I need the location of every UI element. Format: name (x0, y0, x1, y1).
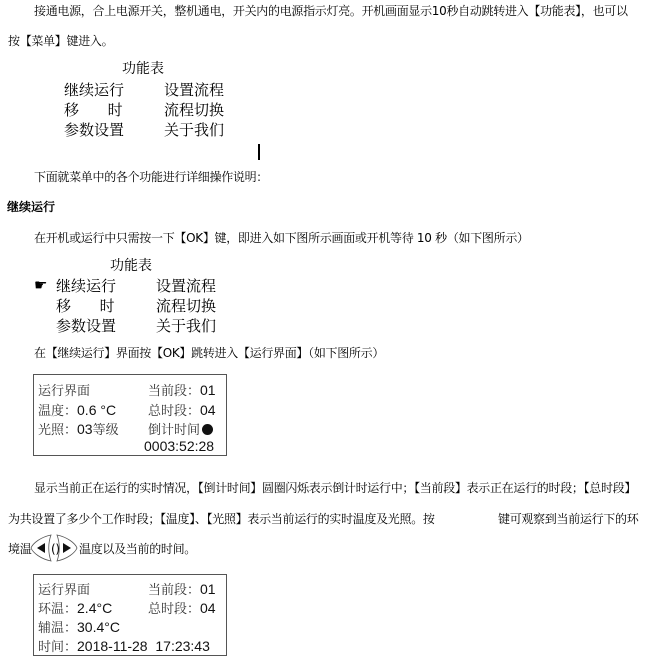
menu-item-params: 参数设置 (56, 316, 156, 336)
menu-item-continue: 继续运行 (64, 80, 164, 100)
menu-item-params: 参数设置 (64, 120, 164, 140)
menu-item-about: 关于我们 (164, 120, 274, 140)
menu-title-2: 功能表 (110, 255, 152, 275)
function-menu-figure-1: 继续运行设置流程 移 时流程切换 参数设置关于我们 (64, 80, 274, 140)
current-segment: 当前段：01 (148, 579, 216, 598)
function-menu-figure-2: 继续运行设置流程 移 时流程切换 参数设置关于我们 (56, 276, 266, 336)
paragraph-3-line-3a: 境温 (8, 542, 31, 556)
menu-item-about: 关于我们 (156, 316, 266, 336)
lcd-title: 运行界面 (38, 579, 90, 598)
intro-line-1: 接通电源，合上电源开关，整机通电，开关内的电源指示灯亮。开机画面显示10秒自动跳… (34, 4, 628, 18)
lcd-run-screen-1: 运行界面 当前段：01 温度：0.6 °C 总时段：04 光照：03等级 倒计时… (33, 374, 227, 456)
paragraph-3-line-1: 显示当前正在运行的实时情况，【倒计时间】圆圈闪烁表示倒计时运行中；【当前段】表示… (34, 481, 636, 495)
paragraph-3-line-2b: 键可观察到当前运行下的环 (498, 512, 638, 526)
current-segment: 当前段：01 (148, 380, 216, 399)
text-cursor (258, 144, 260, 160)
menu-item-continue: 继续运行 (56, 276, 156, 296)
countdown-label: 倒计时间 (148, 419, 213, 438)
section-heading: 继续运行 (7, 200, 55, 214)
lcd-title: 运行界面 (38, 380, 90, 399)
menu-item-switch-flow: 流程切换 (164, 100, 274, 120)
paragraph-3-line-3b: 温度以及当前的时间。 (79, 542, 196, 556)
menu-item-shift-time: 移 时 (64, 100, 164, 120)
paragraph-3-line-2a: 为共设置了多少个工作时段；【温度】、【光照】表示当前运行的实时温度及光照。按 (8, 512, 435, 526)
light-level: 光照：03等级 (38, 419, 119, 438)
explain-line: 下面就菜单中的各个功能进行详细操作说明： (34, 170, 268, 184)
menu-item-switch-flow: 流程切换 (156, 296, 266, 316)
section-paragraph: 在开机或运行中只需按一下【OK】键，即进入如下图所示画面或开机等待 10 秒（如… (34, 231, 529, 245)
menu-title: 功能表 (122, 58, 164, 78)
current-time: 时间：2018-11-28 17:23:43 (38, 636, 210, 655)
hand-pointer-icon: ☛ (34, 276, 47, 294)
menu-item-shift-time: 移 时 (56, 296, 156, 316)
total-segments: 总时段：04 (148, 400, 216, 419)
paragraph-2: 在【继续运行】界面按【OK】跳转进入【运行界面】（如下图所示） (34, 346, 384, 360)
temperature: 温度：0.6 °C (38, 400, 116, 419)
countdown-value: 0003:52:28 (144, 438, 214, 454)
menu-item-set-flow: 设置流程 (164, 80, 274, 100)
menu-item-set-flow: 设置流程 (156, 276, 266, 296)
lcd-run-screen-2: 运行界面 当前段：01 环温：2.4°C 总时段：04 辅温：30.4°C 时间… (33, 574, 227, 656)
intro-line-2: 按【菜单】键进入。 (8, 34, 113, 48)
right-arrow-key-icon (55, 533, 79, 563)
left-arrow-key-icon (29, 533, 53, 563)
total-segments: 总时段：04 (148, 598, 216, 617)
env-temperature: 环温：2.4°C (38, 598, 112, 617)
blinking-dot-icon (202, 424, 213, 435)
aux-temperature: 辅温：30.4°C (38, 617, 120, 636)
